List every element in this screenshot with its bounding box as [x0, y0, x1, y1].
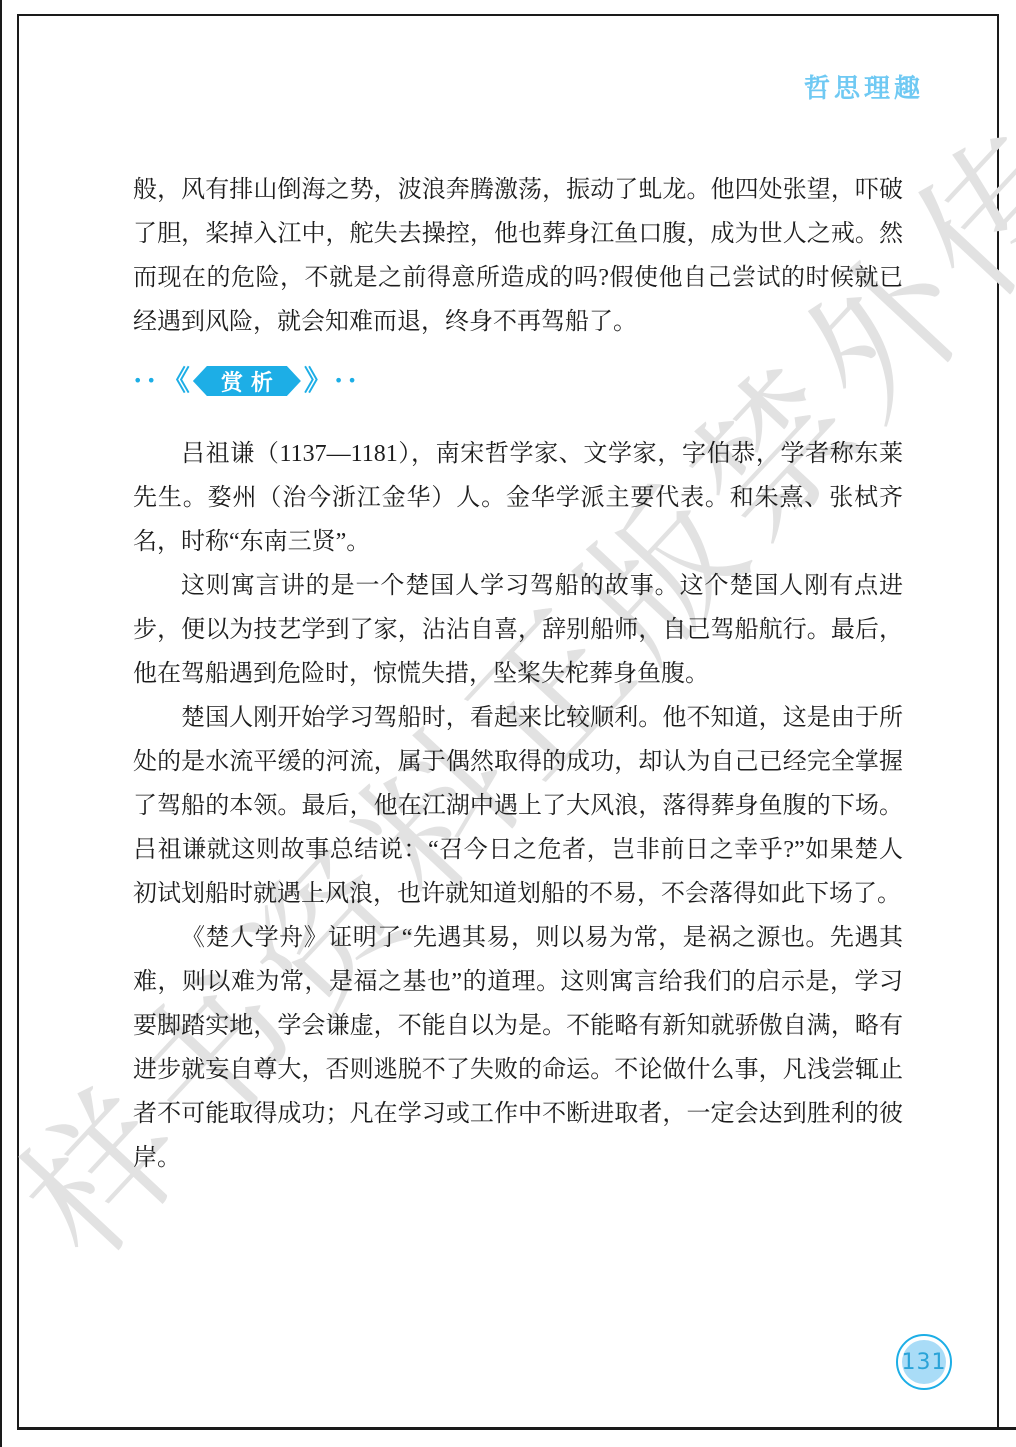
chevron-left-icon: 《 — [162, 366, 190, 396]
page-number-badge: 131 — [896, 1334, 952, 1390]
page-number-circle: 131 — [902, 1340, 946, 1384]
book-page: { "header": { "title": "哲思理趣" }, "articl… — [0, 0, 1016, 1447]
body-paragraph: 这则寓言讲的是一个楚国人学习驾船的故事。这个楚国人刚有点进步，便以为技艺学到了家… — [133, 564, 903, 696]
body-paragraph: 般，风有排山倒海之势，波浪奔腾激荡，振动了虬龙。他四处张望，吓破了胆，桨掉入江中… — [133, 168, 903, 344]
body-paragraph: 吕祖谦（1137—1181），南宋哲学家、文学家，字伯恭，学者称东莱先生。婺州（… — [133, 432, 903, 564]
page-scan-left-edge-line — [0, 0, 2, 1447]
chapter-header: 哲思理趣 — [804, 68, 924, 105]
page-content: 般，风有排山倒海之势，波浪奔腾激荡，振动了虬龙。他四处张望，吓破了胆，桨掉入江中… — [133, 168, 903, 1180]
page-number: 131 — [902, 1350, 947, 1375]
page-scan-bottom-edge-line — [17, 1427, 1016, 1430]
analysis-badge: 赏析 — [193, 366, 301, 396]
analysis-badge-label: 赏析 — [213, 366, 281, 397]
body-paragraph: 《楚人学舟》证明了“先遇其易，则以易为常，是祸之源也。先遇其难，则以难为常，是福… — [133, 916, 903, 1180]
badge-dots-right-icon: •• — [334, 366, 361, 396]
analysis-section-heading: •• 《 赏析 》 •• — [133, 366, 903, 396]
body-paragraph: 楚国人刚开始学习驾船时，看起来比较顺利。他不知道，这是由于所处的是水流平缓的河流… — [133, 696, 903, 916]
badge-dots-left-icon: •• — [133, 366, 160, 396]
chevron-right-icon: 》 — [304, 366, 332, 396]
